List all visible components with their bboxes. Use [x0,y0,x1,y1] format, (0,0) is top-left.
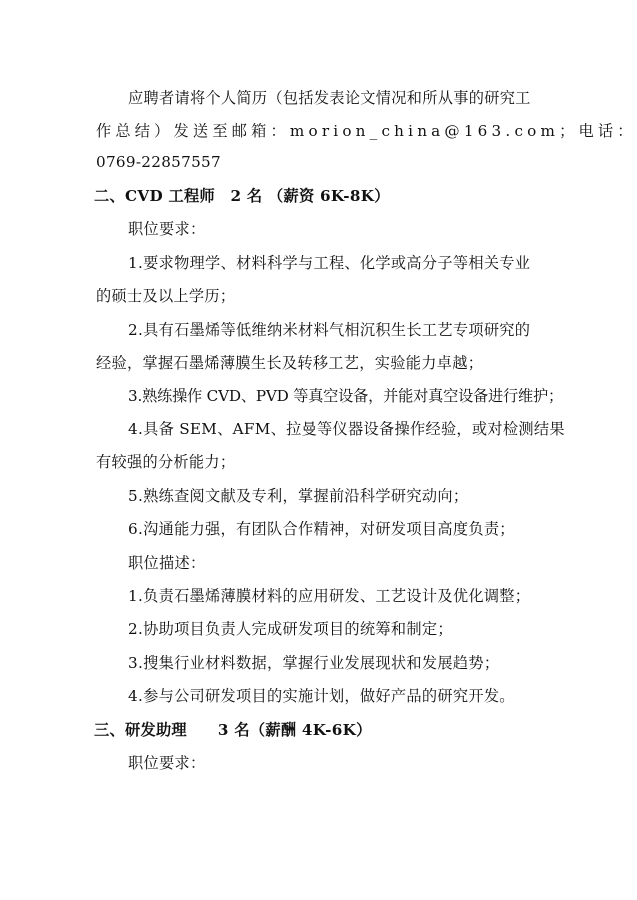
requirement-4-line-2: 有较强的分析能力； [96,452,235,472]
intro-line-2: 作总结）发送至邮箱：morion_china@163.com；电话： [96,121,637,141]
description-1: 1.负责石墨烯薄膜材料的应用研发、工艺设计及优化调整； [128,586,530,606]
intro-phone: 0769-22857557 [96,152,221,172]
requirement-5: 5.熟练查阅文献及专利，掌握前沿科学研究动向； [128,486,468,506]
requirement-1-line-2: 的硕士及以上学历； [96,286,235,306]
section-2-heading: 二、CVD 工程师 2 名 （薪资 6K-8K） [94,186,390,206]
requirement-2-line-1: 2.具有石墨烯等低维纳米材料气相沉积生长工艺专项研究的 [128,320,530,340]
requirement-3: 3.熟练操作 CVD、PVD 等真空设备，并能对真空设备进行维护； [128,386,563,406]
section-3-heading: 三、研发助理 3 名（薪酬 4K-6K） [94,720,372,740]
requirement-4-line-1: 4.具备 SEM、AFM、拉曼等仪器设备操作经验，或对检测结果 [128,419,565,439]
requirement-1-line-1: 1.要求物理学、材料科学与工程、化学或高分子等相关专业 [128,253,530,273]
section-3-requirements-label: 职位要求： [128,753,205,773]
requirement-6: 6.沟通能力强，有团队合作精神，对研发项目高度负责； [128,519,515,539]
requirement-2-line-2: 经验，掌握石墨烯薄膜生长及转移工艺，实验能力卓越； [96,353,483,373]
description-4: 4.参与公司研发项目的实施计划，做好产品的研究开发。 [128,686,515,706]
description-2: 2.协助项目负责人完成研发项目的统筹和制定； [128,619,453,639]
section-2-requirements-label: 职位要求： [128,219,205,239]
description-3: 3.搜集行业材料数据，掌握行业发展现状和发展趋势； [128,653,499,673]
section-2-description-label: 职位描述： [128,553,205,573]
intro-line-1: 应聘者请将个人简历（包括发表论文情况和所从事的研究工 [128,88,531,108]
